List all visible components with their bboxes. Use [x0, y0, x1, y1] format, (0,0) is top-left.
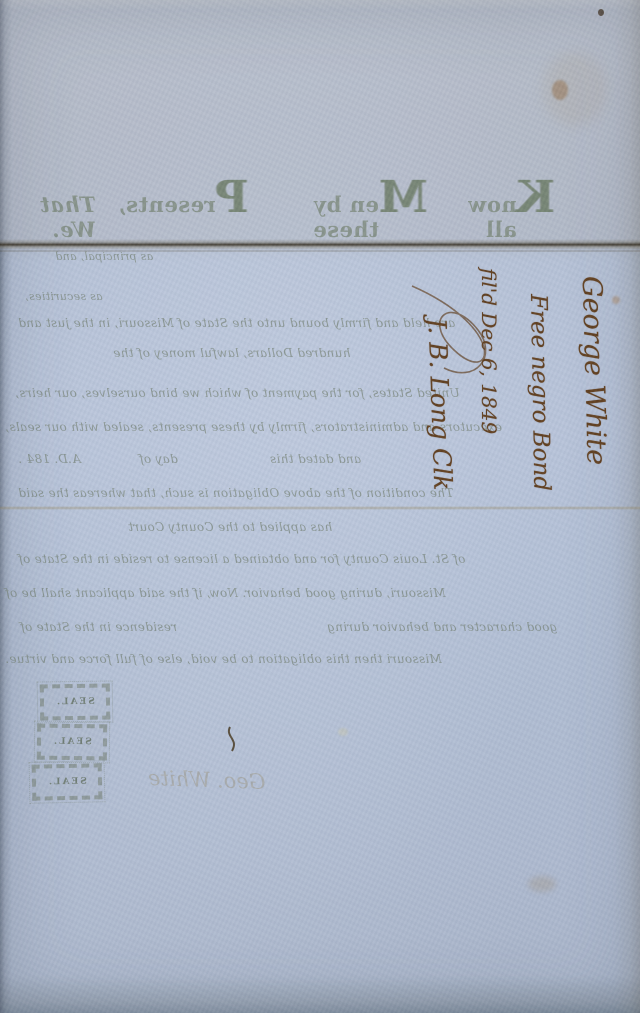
fold-crease-light: [0, 506, 640, 510]
document-page: Know all Men by these Presents, That We.…: [0, 0, 640, 1013]
fold-crease-dark: [0, 239, 640, 250]
ghost-line-character: good character and behavior duringreside…: [20, 620, 557, 634]
ghost-line-securities: as securities,: [25, 290, 103, 303]
ink-speck: [598, 9, 604, 16]
ghost-day-of: day of: [139, 452, 178, 466]
faint-stain: [528, 876, 556, 892]
ghost-line-license: of St. Louis County for and obtained a l…: [18, 552, 465, 566]
ghost-character-b: residence in the State of: [20, 620, 177, 634]
handwritten-docket: George White Free negro Bond fil'd Dec 6…: [366, 266, 612, 524]
ornate-initial-k: K: [517, 176, 555, 220]
ornate-initial-p: P: [216, 176, 249, 220]
ghost-dated-this: and dated this: [270, 452, 361, 466]
seal-stamp-1: SEAL.: [40, 684, 110, 721]
ghost-line-obligation: Missouri then this obligation to be void…: [5, 652, 442, 666]
seal-label: SEAL.: [47, 777, 87, 788]
seal-label: SEAL.: [55, 697, 95, 708]
heading-word: now all: [454, 192, 517, 242]
seal-label: SEAL.: [52, 737, 92, 747]
fold-crease-shadow: [0, 250, 640, 252]
docket-title: Free negro Bond: [525, 294, 555, 524]
heading-word: resents,: [118, 192, 216, 217]
heading-tail: That We.: [18, 192, 96, 242]
ornate-initial-m: M: [379, 176, 428, 220]
ghost-character-a: good character and behavior during: [327, 620, 557, 634]
ghost-ad-184: A.D. 184 .: [18, 452, 81, 466]
ghost-line-dated: and dated thisday ofA.D. 184 .: [18, 452, 361, 466]
damp-stain: [543, 52, 607, 126]
seal-stamp-2: SEAL.: [37, 724, 107, 761]
thread-mark: [222, 724, 248, 758]
signature-flourish: [406, 272, 516, 402]
ghost-signature: Geo. White: [148, 766, 266, 794]
docket-name: George White: [576, 276, 613, 525]
ghost-heading: Know all Men by these Presents, That We.: [18, 176, 555, 234]
paper-fleck: [338, 728, 348, 736]
ghost-line-applied: has applied to the County Court: [128, 520, 332, 534]
heading-word: en by these: [279, 192, 379, 242]
ghost-line-behavior: Missouri, during good behavior. Now, if …: [5, 586, 446, 600]
seal-stamp-3: SEAL.: [32, 763, 103, 800]
ghost-line-dollars: hundred Dollars, lawful money of the: [113, 346, 350, 360]
rust-dot: [612, 296, 620, 304]
